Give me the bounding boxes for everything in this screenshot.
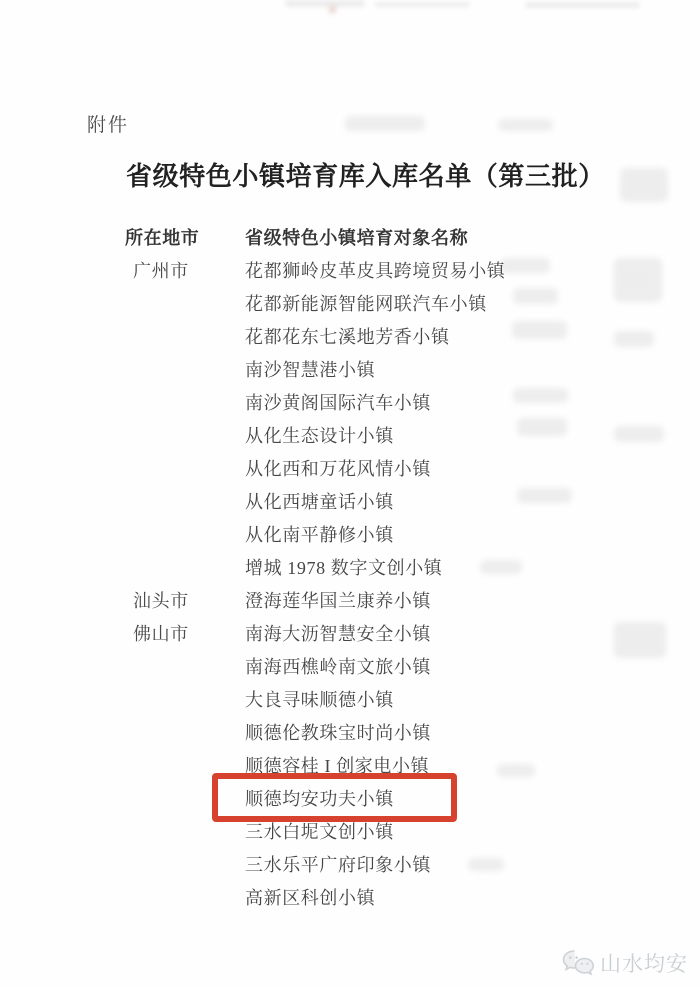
town-cell: 从化西塘童话小镇	[245, 488, 394, 514]
town-cell: 澄海莲华国兰康养小镇	[245, 587, 431, 613]
table-row: 高新区科创小镇	[0, 880, 700, 913]
town-cell: 花都花东七溪地芳香小镇	[245, 323, 450, 349]
town-cell: 大良寻味顺德小镇	[245, 686, 394, 712]
table-row: 从化南平静修小镇	[0, 517, 700, 550]
scan-artifact	[375, 2, 470, 7]
table-row: 花都新能源智能网联汽车小镇	[0, 286, 700, 319]
town-cell: 顺德伦教珠宝时尚小镇	[245, 719, 431, 745]
table-header-row: 所在地市 省级特色小镇培育对象名称	[0, 220, 700, 253]
town-cell: 花都狮岭皮革皮具跨境贸易小镇	[245, 257, 505, 283]
highlight-box	[212, 773, 457, 822]
town-cell: 从化生态设计小镇	[245, 422, 394, 448]
town-cell: 南沙黄阁国际汽车小镇	[245, 389, 431, 415]
city-cell: 广州市	[133, 257, 245, 283]
table-row: 增城 1978 数字文创小镇	[0, 550, 700, 583]
city-cell: 佛山市	[133, 620, 245, 646]
town-cell: 增城 1978 数字文创小镇	[245, 554, 442, 580]
table-row: 汕头市澄海莲华国兰康养小镇	[0, 583, 700, 616]
column-header-town: 省级特色小镇培育对象名称	[245, 224, 468, 250]
town-cell: 高新区科创小镇	[245, 884, 375, 910]
wechat-logo-icon	[562, 949, 595, 977]
table-row: 南海西樵岭南文旅小镇	[0, 649, 700, 682]
scan-artifact	[620, 168, 668, 202]
scan-artifact	[329, 6, 336, 13]
column-header-city: 所在地市	[125, 224, 245, 250]
town-cell: 三水乐平广府印象小镇	[245, 851, 431, 877]
town-cell: 从化西和万花风情小镇	[245, 455, 431, 481]
table-row: 佛山市南海大沥智慧安全小镇	[0, 616, 700, 649]
table-row: 广州市花都狮岭皮革皮具跨境贸易小镇	[0, 253, 700, 286]
scan-artifact	[525, 2, 640, 8]
table-row: 南沙智慧港小镇	[0, 352, 700, 385]
page-title: 省级特色小镇培育库入库名单（第三批）	[126, 156, 605, 193]
town-cell: 花都新能源智能网联汽车小镇	[245, 290, 487, 316]
table-row: 南沙黄阁国际汽车小镇	[0, 385, 700, 418]
city-cell: 汕头市	[133, 587, 245, 613]
watermark-label: 山水均安	[600, 948, 688, 978]
table-row: 花都花东七溪地芳香小镇	[0, 319, 700, 352]
scanned-document-page: 附件 省级特色小镇培育库入库名单（第三批） 所在地市 省级特色小镇培育对象名称 …	[0, 0, 700, 989]
table-row: 从化生态设计小镇	[0, 418, 700, 451]
town-cell: 南沙智慧港小镇	[245, 356, 375, 382]
scan-artifact	[285, 0, 365, 7]
scan-artifact	[498, 119, 553, 131]
table-row: 从化西和万花风情小镇	[0, 451, 700, 484]
table-row: 顺德伦教珠宝时尚小镇	[0, 715, 700, 748]
town-cell: 从化南平静修小镇	[245, 521, 394, 547]
attachment-label: 附件	[87, 110, 129, 137]
scan-artifact	[345, 116, 425, 131]
table-row: 三水乐平广府印象小镇	[0, 847, 700, 880]
town-cell: 南海西樵岭南文旅小镇	[245, 653, 431, 679]
table-row: 从化西塘童话小镇	[0, 484, 700, 517]
town-cell: 南海大沥智慧安全小镇	[245, 620, 431, 646]
watermark: 山水均安	[562, 948, 688, 978]
table-row: 大良寻味顺德小镇	[0, 682, 700, 715]
